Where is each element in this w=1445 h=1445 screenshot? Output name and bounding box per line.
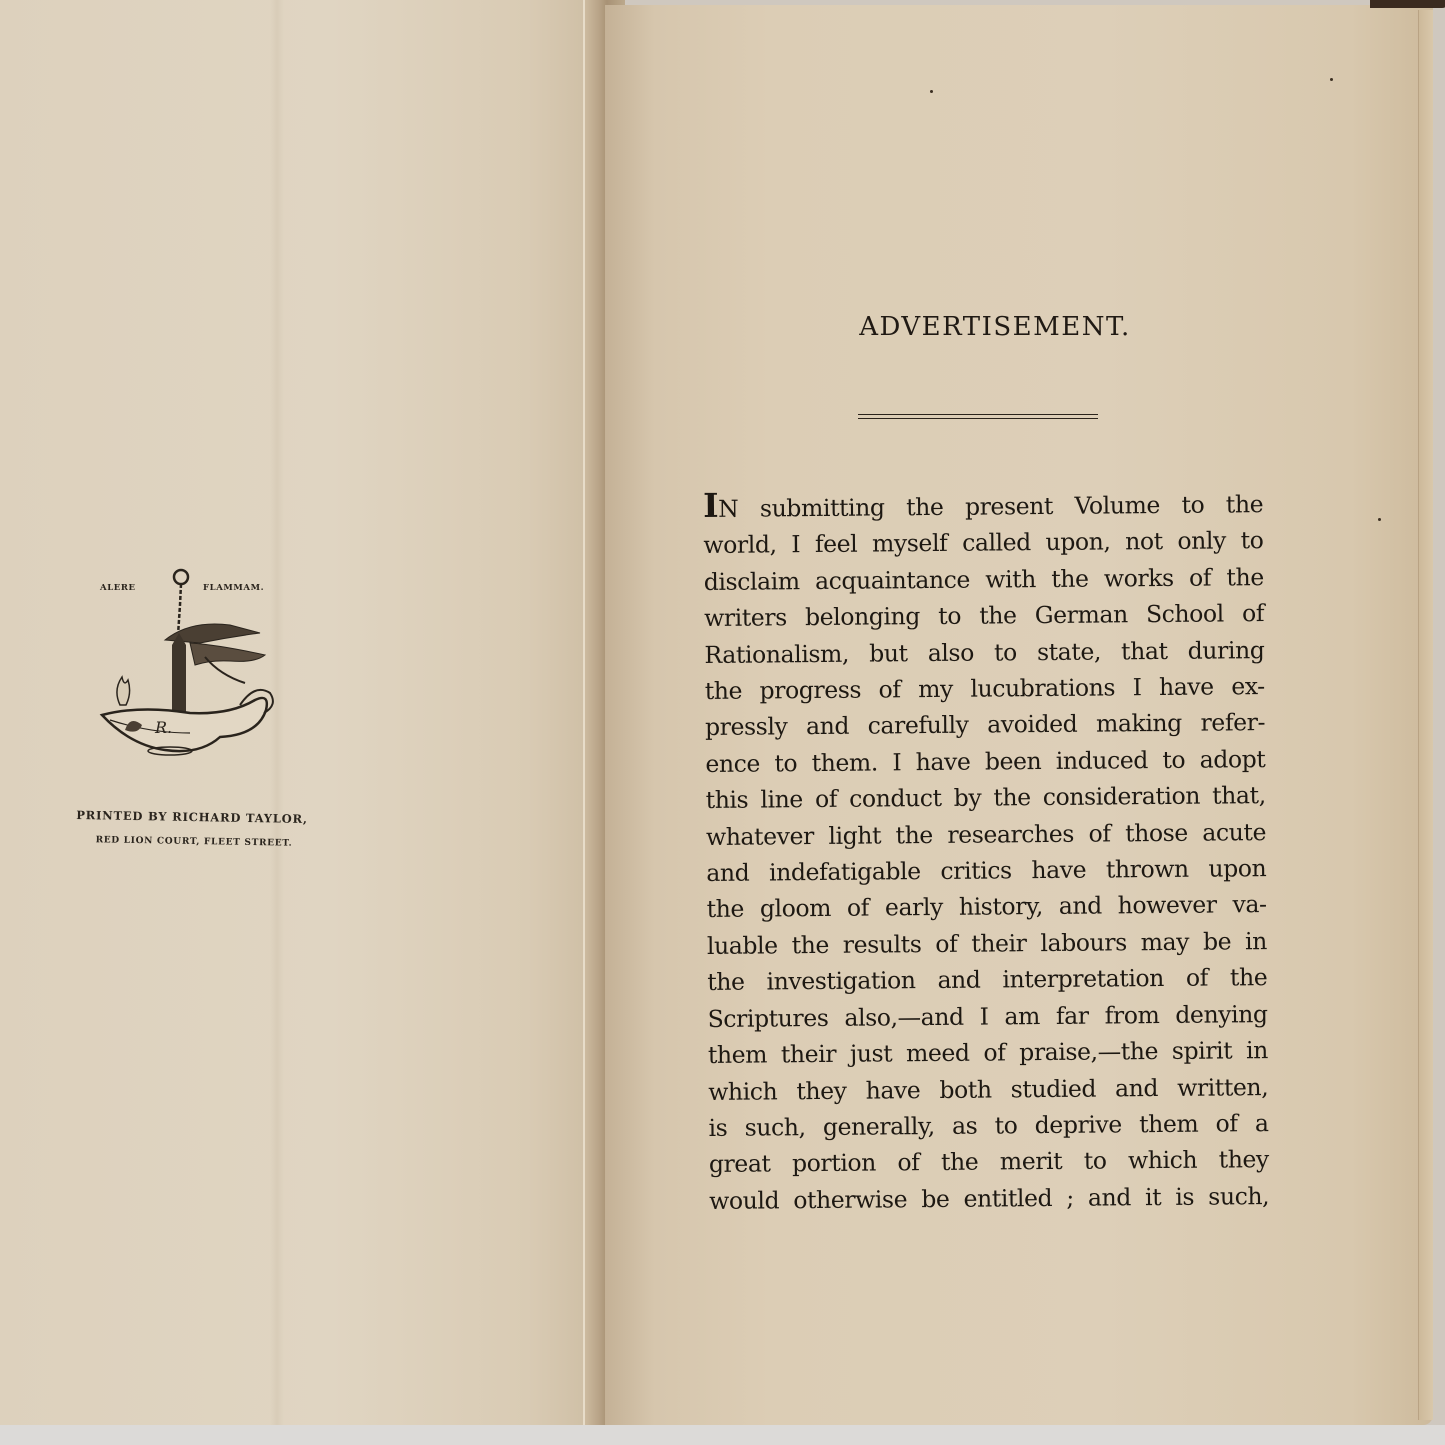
- text-line: the investigation and interpretation of …: [707, 959, 1267, 1000]
- text-line: which they have both studied and written…: [708, 1069, 1268, 1110]
- double-rule-divider: [858, 414, 1098, 419]
- advertisement-body: IN submitting the present Volume to the …: [703, 484, 1269, 1219]
- text-line: disclaim acquaintance with the works of …: [704, 559, 1264, 600]
- text-line: pressly and carefully avoided making ref…: [705, 705, 1265, 746]
- imprint-printer: PRINTED BY RICHARD TAYLOR,: [52, 808, 332, 827]
- text-line: and indefatigable critics have thrown up…: [706, 850, 1266, 891]
- oil-lamp-icon: R.: [80, 565, 290, 775]
- text-line: the progress of my lucubrations I have e…: [705, 668, 1265, 709]
- paper-speck: [1378, 518, 1381, 521]
- text-line: Rationalism, but also to state, that dur…: [704, 632, 1264, 673]
- text-line: is such, generally, as to deprive them o…: [708, 1105, 1268, 1146]
- paper-speck: [930, 90, 933, 93]
- left-page: ALERE FLAMMAM.: [0, 0, 600, 1430]
- text-line: this line of conduct by the consideratio…: [706, 777, 1266, 818]
- paper-speck: [1330, 78, 1333, 81]
- text-line: Scriptures also,—and I am far from denyi…: [707, 996, 1267, 1037]
- text-line: whatever light the researches of those a…: [706, 814, 1266, 855]
- text-line: IN submitting the present Volume to the: [703, 484, 1263, 527]
- cover-shadow: [1370, 0, 1445, 8]
- text-line: the gloom of early history, and however …: [707, 887, 1267, 928]
- drop-cap: I: [703, 486, 718, 525]
- imprint-address: RED LION COURT, FLEET STREET.: [54, 835, 334, 850]
- book-spread: ALERE FLAMMAM.: [0, 0, 1445, 1445]
- background-surface: [0, 1425, 1445, 1445]
- text-line: would otherwise be entitled ; and it is …: [709, 1178, 1269, 1219]
- text-line: great portion of the merit to which they: [709, 1141, 1269, 1182]
- right-page-fore-edge: [1418, 10, 1433, 1420]
- text-line: luable the results of their labours may …: [707, 923, 1267, 964]
- text-line: them their just meed of praise,—the spir…: [708, 1032, 1268, 1073]
- text-line: ence to them. I have been induced to ado…: [705, 741, 1265, 782]
- text-line: writers belonging to the German School o…: [704, 595, 1264, 636]
- text-line: world, I feel myself called upon, not on…: [703, 523, 1263, 564]
- printers-device: ALERE FLAMMAM.: [60, 555, 320, 855]
- svg-text:R.: R.: [154, 718, 172, 737]
- page-title: ADVERTISEMENT.: [780, 312, 1210, 342]
